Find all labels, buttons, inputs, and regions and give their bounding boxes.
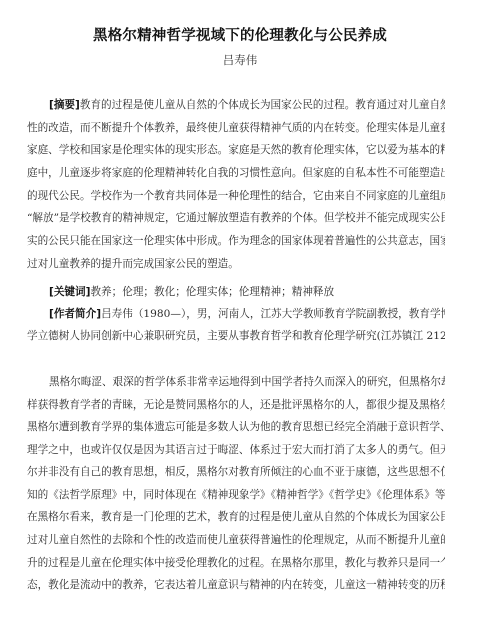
body-line: 样获得教育学者的青睐，无论是赞同黑格尔的人，还是批评黑格尔的人，都很少提及黑格尔… [27,398,445,412]
abstract-line: 的现代公民。学校作为一个教育共同体是一种伦理性的结合，它由来自不同家庭的儿童组成… [27,189,445,203]
body-line: 在黑格尔看来，教育是一门伦理的艺术，教育的过程是使儿童从自然的个体成长为国家公民… [27,510,445,524]
body-line: 升的过程是儿童在伦理实体中接受伦理教化的过程。在黑格尔那里，教化与教养只是同一个… [27,556,445,570]
paper-author: 吕寿伟 [0,52,480,68]
body-line: 理学之中，也或许仅仅是因为其语言过于晦涩、体系过于宏大而打消了太多人的勇气。但无… [27,443,445,457]
author-bio-line: [作者简介]吕寿伟（1980—），男，河南人，江苏大学教师教育学院副教授，教育学… [49,307,445,321]
keywords-tag: [关键词] [49,286,90,298]
keywords-text: 教养；伦理；教化；伦理实体；伦理精神；精神释放 [90,286,334,298]
author-bio-tag: [作者简介] [49,308,101,320]
abstract-line: 过对儿童教养的提升而完成国家公民的塑造。 [27,257,445,271]
author-bio-line: 学立德树人协同创新中心兼职研究员，主要从事教育哲学和教育伦理学研究(江苏镇江 2… [27,329,445,343]
body-line: 黑格尔晦涩、艰深的哲学体系非常幸运地得到中国学者持久而深入的研究，但黑格尔却没有… [49,375,445,389]
abstract-line: 性的改造，而不断提升个体教养，最终使儿童获得精神气质的内在转变。伦理实体是儿童获… [27,121,445,135]
keywords-line: [关键词]教养；伦理；教化；伦理实体；伦理精神；精神释放 [49,285,445,299]
abstract-tag: [摘要] [49,99,80,111]
body-line: 尔并非没有自己的教育思想，相反，黑格尔对教育所倾注的心血不亚于康德，这些思想不仅… [27,465,445,479]
abstract-line: 实的公民只能在国家这一伦理实体中形成。作为理念的国家体现着普遍性的公共意志，国家… [27,234,445,248]
body-line: 态，教化是流动中的教养，它表达着儿童意识与精神的内在转变，儿童这一精神转变的历程… [27,578,445,592]
body-line: 过对儿童自然性的去除和个性的改造而使儿童获得普遍性的伦理规定，从而不断提升儿童的… [27,533,445,547]
abstract-line: “解放”是学校教育的精神规定，它通过解放塑造有教养的个体。但学校并不能完成现实公… [27,211,445,225]
paper-title: 黑格尔精神哲学视域下的伦理教化与公民养成 [0,24,480,45]
abstract-line: 庭中，儿童逐步将家庭的伦理精神转化自我的习惯性意向。但家庭的自私本性不可能塑造出… [27,166,445,180]
abstract-line: [摘要]教育的过程是使儿童从自然的个体成长为国家公民的过程。教育通过对儿童自然性… [49,98,445,112]
abstract-line: 家庭、学校和国家是伦理实体的现实形态。家庭是天然的教育伦理实体，它以爱为基本的精… [27,143,445,157]
body-line: 黑格尔遭到教育学界的集体遗忘可能是多数人认为他的教育思想已经完全消融于意识哲学、… [27,420,445,434]
body-line: 知的《法哲学原理》中，同时体现在《精神现象学》《精神哲学》《哲学史》《伦理体系》… [27,488,445,502]
